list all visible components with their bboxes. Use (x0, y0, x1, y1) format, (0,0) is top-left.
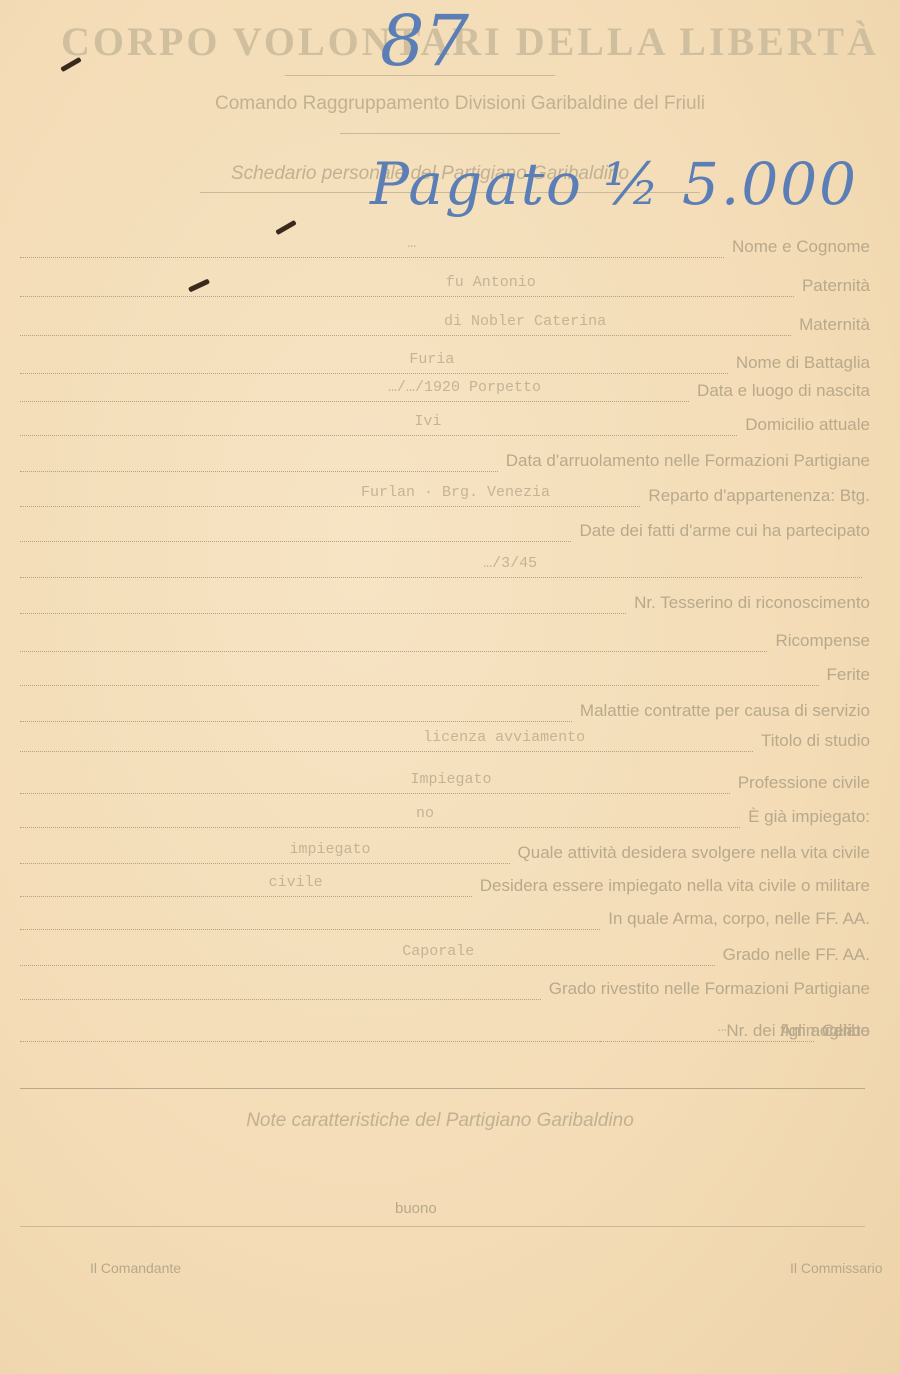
field-value: Caporale (402, 943, 474, 960)
field-value: impiegato (290, 841, 371, 858)
form-field-row: fu AntonioPaternità (20, 275, 870, 299)
form-field-row: FuriaNome di Battaglia (20, 352, 870, 376)
field-line (20, 257, 724, 258)
form-field-row: impiegatoQuale attività desidera svolger… (20, 842, 870, 866)
field-label: Date dei fatti d'arme cui ha partecipato (579, 521, 870, 541)
footer-left: Il Comandante (90, 1260, 181, 1276)
field-line (20, 613, 626, 614)
form-field-row: In quale Arma, corpo, nelle FF. AA. (20, 908, 870, 932)
header-title: CORPO VOLONTARI DELLA LIBERTÀ (50, 18, 890, 65)
form-field-row: Nr. Tesserino di riconoscimento (20, 592, 870, 616)
divider (20, 1226, 865, 1227)
field-line (20, 863, 510, 864)
notes-title: Note caratteristiche del Partigiano Gari… (160, 1110, 720, 1132)
field-line (20, 999, 541, 1000)
form-field-row: …/3/45 (20, 556, 870, 580)
form-field-row: Data d'arruolamento nelle Formazioni Par… (20, 450, 870, 474)
field-line (20, 896, 472, 897)
form-field-row: …/…/1920 PorpettoData e luogo di nascita (20, 380, 870, 404)
form-field-row: CaporaleGrado nelle FF. AA. (20, 944, 870, 968)
field-value: fu Antonio (446, 274, 536, 291)
field-value: … (407, 235, 416, 252)
footer-right: Il Commissario (790, 1260, 883, 1276)
field-label: Nr. Tesserino di riconoscimento (634, 593, 870, 613)
form-field-row: IviDomicilio attuale (20, 414, 870, 438)
field-label: In quale Arma, corpo, nelle FF. AA. (608, 909, 870, 929)
handwritten-note: Pagato ½ 5.000 (370, 150, 858, 218)
field-line (20, 751, 753, 752)
field-label: Titolo di studio (761, 731, 870, 751)
field-line (20, 793, 730, 794)
field-label: Data e luogo di nascita (697, 381, 870, 401)
field-line (20, 296, 794, 297)
field-line (20, 1041, 718, 1042)
field-line (20, 335, 791, 336)
field-label: Malattie contratte per causa di servizio (580, 701, 870, 721)
field-label: Nr. dei figli a carico (726, 1021, 870, 1041)
field-line (20, 435, 737, 436)
field-value: …/…/1920 Porpetto (388, 379, 541, 396)
field-line (20, 685, 819, 686)
form-field-row: Nr. dei figli a carico (20, 1020, 870, 1044)
form-field-row: di Nobler CaterinaMaternità (20, 314, 870, 338)
field-label: È già impiegato: (748, 807, 870, 827)
field-label: Reparto d'appartenenza: Btg. (648, 486, 870, 506)
field-label: Paternità (802, 276, 870, 296)
notes-value: buono (395, 1200, 437, 1217)
form-field-row: noÈ già impiegato: (20, 806, 870, 830)
field-value: civile (269, 874, 323, 891)
field-label: Quale attività desidera svolgere nella v… (518, 843, 870, 863)
field-value: no (416, 805, 434, 822)
form-field-row: Malattie contratte per causa di servizio (20, 700, 870, 724)
field-label: Professione civile (738, 773, 870, 793)
field-line (20, 541, 571, 542)
field-label: Data d'arruolamento nelle Formazioni Par… (506, 451, 870, 471)
handwritten-number: 87 (380, 0, 469, 82)
header-subtitle: Comando Raggruppamento Divisioni Garibal… (100, 93, 820, 115)
form-field-row: …Nome e Cognome (20, 236, 870, 260)
field-value: …/3/45 (483, 555, 537, 572)
field-value: Furia (409, 351, 454, 368)
form-field-row: Furlan · Brg. VeneziaReparto d'appartene… (20, 485, 870, 509)
field-label: Ricompense (776, 631, 871, 651)
field-label: Grado nelle FF. AA. (723, 945, 870, 965)
divider (20, 1088, 865, 1089)
form-field-row: civileDesidera essere impiegato nella vi… (20, 875, 870, 899)
field-label: Grado rivestito nelle Formazioni Partigi… (549, 979, 870, 999)
field-line (20, 651, 767, 652)
field-label: Domicilio attuale (745, 415, 870, 435)
field-line (20, 929, 600, 930)
field-value: di Nobler Caterina (444, 313, 606, 330)
field-label: Ferite (827, 665, 870, 685)
field-label: Nome e Cognome (732, 237, 870, 257)
field-value: Furlan · Brg. Venezia (361, 484, 550, 501)
field-line (20, 577, 862, 578)
field-line (20, 373, 728, 374)
field-label: Nome di Battaglia (736, 353, 870, 373)
field-line (20, 471, 498, 472)
form-field-row: licenza avviamentoTitolo di studio (20, 730, 870, 754)
form-field-row: Ferite (20, 664, 870, 688)
form-field-row: ImpiegatoProfessione civile (20, 772, 870, 796)
field-value: Impiegato (411, 771, 492, 788)
divider (340, 133, 560, 134)
field-line (20, 401, 689, 402)
field-line (20, 506, 640, 507)
field-value: Ivi (414, 413, 441, 430)
field-value: licenza avviamento (423, 729, 585, 746)
field-line (20, 965, 715, 966)
field-label: Desidera essere impiegato nella vita civ… (480, 876, 870, 896)
form-field-row: Ricompense (20, 630, 870, 654)
field-label: Maternità (799, 315, 870, 335)
field-line (20, 721, 572, 722)
form-field-row: Date dei fatti d'arme cui ha partecipato (20, 520, 870, 544)
field-line (20, 827, 740, 828)
form-field-row: Grado rivestito nelle Formazioni Partigi… (20, 978, 870, 1002)
